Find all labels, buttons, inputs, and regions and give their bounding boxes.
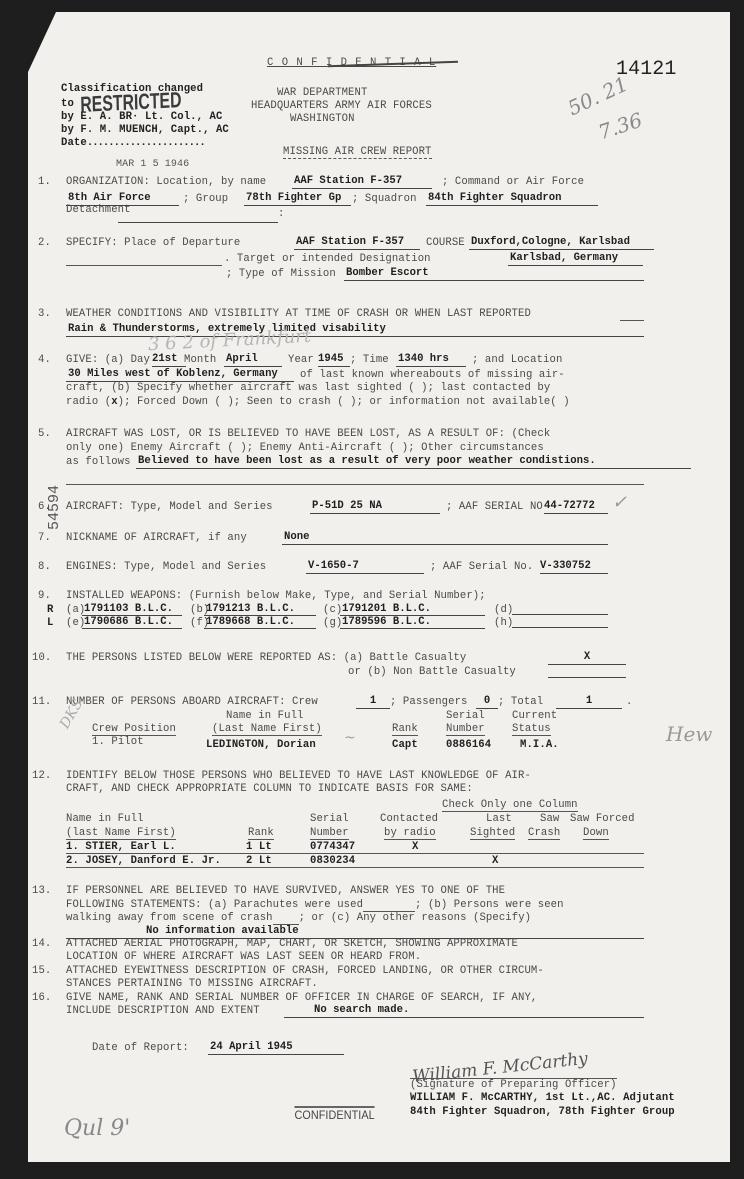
- s2-target-field[interactable]: Karlsbad, Germany: [508, 252, 643, 266]
- s4-location-field[interactable]: 30 Miles west of Koblenz, Germany: [66, 368, 294, 382]
- s9-num: 9.: [38, 590, 51, 602]
- s11-col-name-bottom: (Last Name First): [212, 723, 322, 736]
- crew-rank: Capt: [392, 739, 418, 751]
- s4-year-field[interactable]: 1945: [318, 353, 350, 367]
- s1-num: 1.: [38, 176, 51, 188]
- classification-by-1: by E. A. BR· Lt. Col., AC: [61, 111, 222, 123]
- s4-year-label: Year: [288, 354, 314, 366]
- s12-col-serial-bottom: Number: [310, 827, 349, 840]
- s4-location-label: ; and Location: [472, 354, 562, 366]
- weapon-serial-field[interactable]: 1789596 B.L.C.: [340, 616, 485, 629]
- s12-col-rank: Rank: [248, 827, 274, 840]
- weapon-serial-field[interactable]: 1791103 B.L.C.: [82, 603, 182, 616]
- s8-label: ENGINES: Type, Model and Series: [66, 561, 266, 573]
- s11-label: NUMBER OF PERSONS ABOARD AIRCRAFT: Crew: [66, 696, 318, 708]
- witness-name: 2. JOSEY, Danford E. Jr.: [66, 855, 221, 867]
- crew-name: LEDINGTON, Dorian: [206, 739, 316, 751]
- s4-num: 4.: [38, 354, 51, 366]
- s12-col-radio-top: Contacted: [380, 813, 438, 825]
- s14-num: 14.: [32, 938, 51, 950]
- s16-line2: INCLUDE DESCRIPTION AND EXTENT: [66, 1005, 260, 1017]
- s16-search-field[interactable]: No search made.: [284, 1004, 644, 1018]
- s11-col-status-bottom: Status: [512, 723, 551, 736]
- witness-serial: 0774347: [310, 841, 355, 853]
- classification-by-2: by F. M. MUENCH, Capt., AC: [61, 124, 229, 136]
- s12-col-radio-bottom: by radio: [384, 827, 436, 840]
- s1-location-field[interactable]: AAF Station F-357: [292, 175, 432, 189]
- s10-non-battle-field[interactable]: [548, 665, 626, 678]
- s2-mission-field[interactable]: Bomber Escort: [344, 267, 644, 281]
- s11-col-rank: Rank: [392, 723, 418, 736]
- weapon-side-r: R: [47, 604, 53, 616]
- s11-col-status-top: Current: [512, 710, 557, 722]
- margin-handwriting-2: 7.36: [595, 108, 645, 145]
- s7-num: 7.: [38, 532, 51, 544]
- report-date-label: Date of Report:: [92, 1042, 189, 1054]
- s13-line2: FOLLOWING STATEMENTS: (a) Parachutes wer…: [66, 899, 564, 912]
- s11-period: .: [626, 696, 632, 708]
- officer-line-2: 84th Fighter Squadron, 78th Fighter Grou…: [410, 1106, 675, 1118]
- s16-line1: GIVE NAME, RANK AND SERIAL NUMBER OF OFF…: [66, 992, 537, 1004]
- s12-col-name-top: Name in Full: [66, 813, 144, 825]
- s10-label-b: or (b) Non Battle Casualty: [348, 666, 516, 678]
- s4-month-label: Month: [184, 354, 216, 366]
- s3-tail-line: [620, 320, 644, 321]
- crew-serial: 0886164: [446, 739, 491, 751]
- s8-type-field[interactable]: V-1650-7: [306, 560, 424, 574]
- s1-group-label: ; Group: [183, 193, 228, 205]
- s1-detachment-colon: :: [278, 208, 284, 220]
- bottom-handwriting: Qul 9': [64, 1116, 130, 1141]
- s9-label: INSTALLED WEAPONS: (Furnish below Make, …: [66, 590, 486, 602]
- classification-date-label: Date......................: [61, 137, 205, 149]
- witness-sighted: X: [492, 855, 498, 867]
- report-date-field[interactable]: 24 April 1945: [208, 1041, 344, 1055]
- s11-col-position: Crew Position: [92, 723, 176, 736]
- s14-line1: ATTACHED AERIAL PHOTOGRAPH, MAP, CHART, …: [66, 938, 518, 950]
- s14-line2: LOCATION OF WHERE AIRCRAFT WAS LAST SEEN…: [66, 951, 421, 963]
- s12-col-serial-top: Serial: [310, 813, 349, 825]
- s1-squadron-field[interactable]: 84th Fighter Squadron: [426, 192, 598, 206]
- s2-course-label: COURSE: [426, 237, 465, 249]
- witness-radio: X: [412, 841, 418, 853]
- s8-serial-label: ; AAF Serial No.: [430, 561, 533, 573]
- s5-line1: AIRCRAFT WAS LOST, OR IS BELIEVED TO HAV…: [66, 428, 550, 440]
- s5-line2: only one) Enemy Aircraft ( ); Enemy Anti…: [66, 442, 544, 454]
- witness-row-line: [66, 867, 644, 868]
- crew-status: M.I.A.: [520, 739, 559, 751]
- s6-label: AIRCRAFT: Type, Model and Series: [66, 501, 273, 513]
- s11-margin-initials-right: Hew: [666, 722, 712, 746]
- s11-num: 11.: [32, 696, 51, 708]
- s2-course-field[interactable]: Duxford,Cologne, Karlsbad: [469, 236, 654, 250]
- classification-to-label: to: [61, 98, 74, 110]
- s5-follows-label: as follows: [66, 456, 131, 468]
- witness-rank: 2 Lt: [246, 855, 272, 867]
- document-number: 14121: [616, 58, 677, 81]
- s11-col-name-top: Name in Full: [226, 710, 304, 722]
- s8-serial-field[interactable]: V-330752: [540, 560, 608, 574]
- witness-rank: 1 Lt: [246, 841, 272, 853]
- weapon-serial-field[interactable]: [512, 616, 608, 628]
- weapon-serial-field[interactable]: 1789668 B.L.C.: [204, 616, 316, 629]
- s1-group-field[interactable]: 78th Fighter Gp: [244, 192, 351, 206]
- witness-serial: 0830234: [310, 855, 355, 867]
- s1-command-label: ; Command or Air Force: [442, 176, 584, 188]
- s8-num: 8.: [38, 561, 51, 573]
- s12-col-sighted-top: Last: [486, 813, 512, 825]
- s11-passengers-label: ; Passengers: [390, 696, 468, 708]
- s5-num: 5.: [38, 428, 51, 440]
- s6-serial-field[interactable]: 44-72772: [544, 500, 608, 514]
- weapon-serial-field[interactable]: 1791213 B.L.C.: [204, 603, 316, 616]
- s4-line2: of last known whereabouts of missing air…: [300, 369, 565, 381]
- weapon-serial-field[interactable]: 1791201 B.L.C.: [340, 603, 485, 616]
- weapon-key: (d): [494, 604, 513, 616]
- s11-passengers-field[interactable]: 0: [476, 695, 498, 709]
- s13-parachutes-blank[interactable]: [363, 899, 415, 912]
- s11-col-serial-bottom: Number: [446, 723, 485, 736]
- s1-detachment-field[interactable]: [118, 210, 278, 223]
- s13-walking-blank[interactable]: [273, 912, 299, 925]
- crew-position: 1. Pilot: [92, 736, 144, 748]
- officer-line-1: WILLIAM F. McCARTHY, 1st Lt.,AC. Adjutan…: [410, 1092, 675, 1104]
- s12-col-sighted-bottom: Sighted: [470, 827, 515, 840]
- s11-total-label: ; Total: [498, 696, 543, 708]
- s2-course-continuation-line: [66, 265, 222, 266]
- s12-check-header: Check Only one Column: [442, 799, 578, 812]
- s4-day-field[interactable]: 21st: [152, 353, 186, 367]
- s11-crew-field[interactable]: 1: [356, 695, 390, 709]
- s13-line3: walking away from scene of crash ; or (c…: [66, 912, 531, 925]
- weapon-key: (h): [494, 617, 513, 629]
- s4-month-field[interactable]: April: [224, 353, 282, 367]
- s6-serial-label: ; AAF SERIAL NO: [446, 501, 543, 513]
- s12-col-forced-top: Saw Forced: [570, 813, 635, 825]
- s4-time-field[interactable]: 1340 hrs: [396, 353, 466, 367]
- s3-num: 3.: [38, 308, 51, 320]
- weapon-side-l: L: [47, 617, 53, 629]
- s11-col-serial-top: Serial: [446, 710, 485, 722]
- s13-other-reasons-field[interactable]: No information available: [66, 925, 644, 939]
- s10-battle-casualty-field[interactable]: X: [548, 651, 626, 665]
- s12-col-crash-bottom: Crash: [528, 827, 560, 840]
- washington: WASHINGTON: [290, 113, 355, 125]
- s4-line4: radio (x); Forced Down ( ); Seen to cras…: [66, 396, 570, 408]
- document-page: C O N F I D E N T I A L 14121 50. 21 7.3…: [28, 12, 730, 1162]
- s12-line2: CRAFT, AND CHECK APPROPRIATE COLUMN TO I…: [66, 783, 473, 795]
- weapon-serial-field[interactable]: 1790686 B.L.C.: [82, 616, 182, 629]
- s6-checkmark: ✓: [612, 492, 627, 513]
- s12-col-crash-top: Saw: [540, 813, 559, 825]
- s6-num: 6.: [38, 501, 51, 513]
- confidential-stamp: CONFIDENTIAL: [294, 1106, 374, 1122]
- s6-type-field[interactable]: P-51D 25 NA: [310, 500, 440, 514]
- s5-circumstances-field[interactable]: Believed to have been lost as a result o…: [136, 455, 691, 469]
- witness-row-line: [66, 853, 644, 854]
- s13-line1: IF PERSONNEL ARE BELIEVED TO HAVE SURVIV…: [66, 885, 505, 897]
- s7-nickname-field[interactable]: None: [282, 531, 608, 545]
- s4-margin-mark: ••: [16, 382, 29, 394]
- s7-label: NICKNAME OF AIRCRAFT, if any: [66, 532, 247, 544]
- report-title: MISSING AIR CREW REPORT: [283, 146, 432, 159]
- s2-num: 2.: [38, 237, 51, 249]
- s4-line3: craft, (b) Specify whether aircraft was …: [66, 382, 550, 394]
- s1-org-label: ORGANIZATION: Location, by name: [66, 176, 266, 188]
- s11-margin-initials-left: DKS: [57, 696, 86, 731]
- s12-col-name-bottom: (last Name First): [66, 827, 176, 840]
- s15-line2: STANCES PERTAINING TO MISSING AIRCRAFT.: [66, 978, 318, 990]
- s12-col-forced-bottom: Down: [583, 827, 609, 840]
- s11-total-field[interactable]: 1: [556, 695, 622, 709]
- s4-time-label: ; Time: [350, 354, 389, 366]
- s5-extra-line: [66, 484, 644, 485]
- s12-num: 12.: [32, 770, 51, 782]
- s1-squadron-label: ; Squadron: [352, 193, 417, 205]
- s2-departure-field[interactable]: AAF Station F-357: [294, 236, 420, 250]
- s16-num: 16.: [32, 992, 51, 1004]
- date-stamp: MAR 1 5 1946: [116, 159, 189, 170]
- s12-line1: IDENTIFY BELOW THOSE PERSONS WHO BELIEVE…: [66, 770, 531, 782]
- crew-name-squiggle: ~: [344, 730, 356, 746]
- weapon-serial-field[interactable]: [512, 603, 608, 615]
- s10-num: 10.: [32, 652, 51, 664]
- s2-target-label: . Target or intended Designation: [224, 253, 431, 265]
- s2-departure-label: SPECIFY: Place of Departure: [66, 237, 240, 249]
- signature-label: (Signature of Preparing Officer): [410, 1078, 617, 1091]
- s13-num: 13.: [32, 885, 51, 897]
- s2-mission-label: ; Type of Mission: [226, 268, 336, 280]
- s15-line1: ATTACHED EYEWITNESS DESCRIPTION OF CRASH…: [66, 965, 544, 977]
- s10-label-a: THE PERSONS LISTED BELOW WERE REPORTED A…: [66, 652, 466, 664]
- war-department: WAR DEPARTMENT: [277, 87, 367, 99]
- s4-day-label: GIVE: (a) Day: [66, 354, 150, 366]
- s15-num: 15.: [32, 965, 51, 977]
- hq-army-air-forces: HEADQUARTERS ARMY AIR FORCES: [251, 100, 432, 112]
- witness-name: 1. STIER, Earl L.: [66, 841, 176, 853]
- s3-label: WEATHER CONDITIONS AND VISIBILITY AT TIM…: [66, 308, 531, 320]
